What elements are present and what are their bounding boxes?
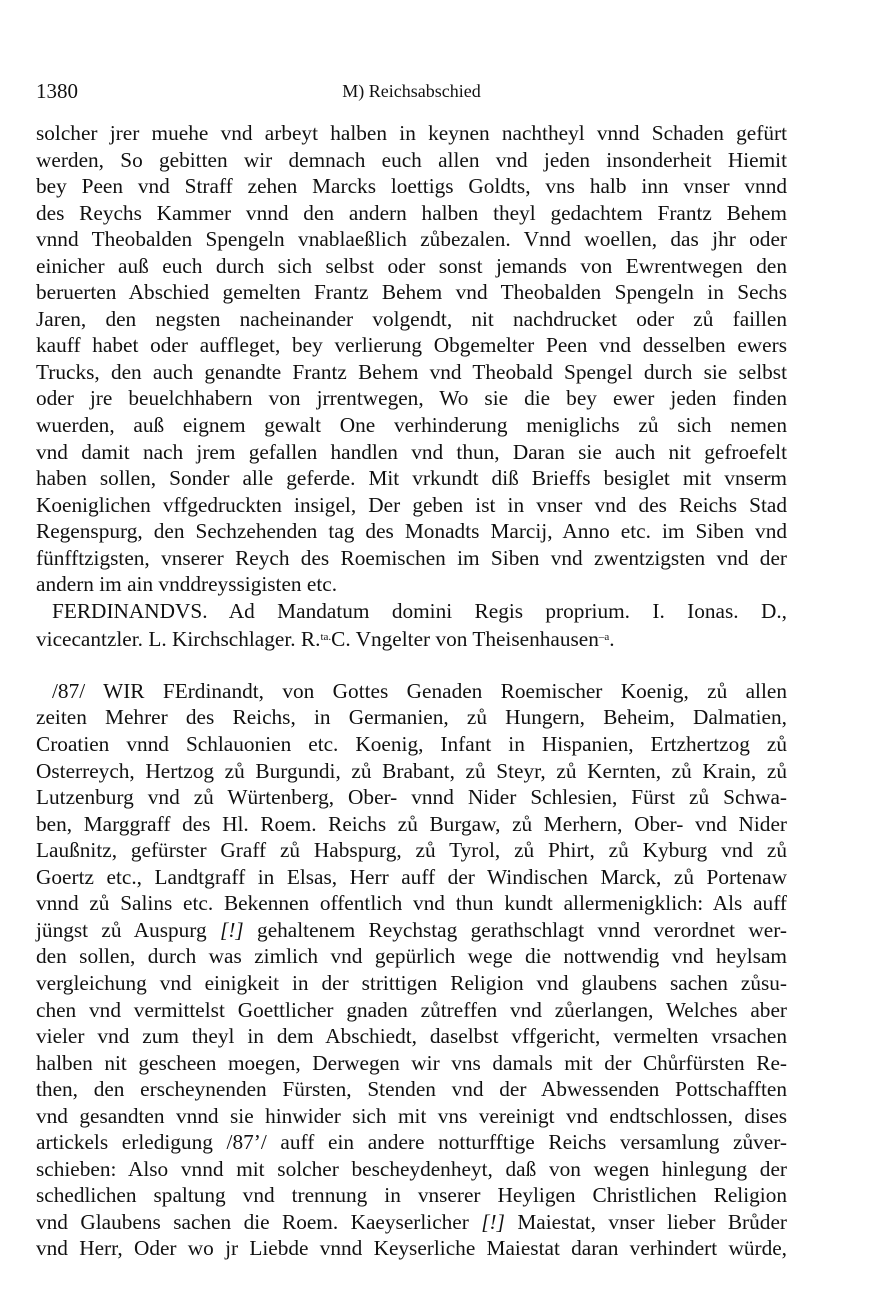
text-line: halben nit gescheen moegen, Derwegen wir… xyxy=(36,1050,787,1077)
text-fragment: C. Vngelter von Theisenhausen xyxy=(331,627,599,651)
text-line: vnd gesandten vnnd sie hinwider sich mit… xyxy=(36,1103,787,1130)
text-line: solcher jrer muehe vnd arbeyt halben in … xyxy=(36,120,787,147)
text-line: vnnd Theobalden Spengeln vnablaeßlich zů… xyxy=(36,226,787,253)
text-fragment: Maiestat, vnser lieber Brůder xyxy=(505,1210,787,1234)
text-line: vnd Herr, Oder wo jr Liebde vnnd Keyserl… xyxy=(36,1235,787,1262)
text-line: artickels erledigung /87’/ auff ein ande… xyxy=(36,1129,787,1156)
text-fragment: jüngst zů Auspurg xyxy=(36,918,220,942)
paragraph-signature: FERDINANDVS. Ad Mandatum domini Regis pr… xyxy=(36,598,787,651)
text-line: vicecantzler. L. Kirchschlager. R.ta.C. … xyxy=(36,624,787,651)
text-line: vnd damit nach jrem gefallen handlen vnd… xyxy=(36,439,787,466)
text-line: jüngst zů Auspurg [!] gehaltenem Reychst… xyxy=(36,917,787,944)
paragraph-ferdinand-decree: /87/ WIR FErdinandt, von Gottes Genaden … xyxy=(36,678,787,1262)
text-line: vergleichung vnd einigkeit in der stritt… xyxy=(36,970,787,997)
section-title: M) Reichsabschied xyxy=(36,81,787,102)
body-text: solcher jrer muehe vnd arbeyt halben in … xyxy=(36,120,787,1262)
text-line: den sollen, durch was zimlich vnd gepürl… xyxy=(36,943,787,970)
text-fragment: vicecantzler. L. Kirchschlager. R. xyxy=(36,627,320,651)
editorial-mark: [!] xyxy=(481,1210,505,1234)
text-line: ben, Marggraff des Hl. Roem. Reichs zů B… xyxy=(36,811,787,838)
paragraph-spacer xyxy=(36,651,787,678)
text-fragment: . xyxy=(609,627,614,651)
text-line: Trucks, den auch genandte Frantz Behem v… xyxy=(36,359,787,386)
text-line: Lutzenburg vnd zů Würtenberg, Ober- vnnd… xyxy=(36,784,787,811)
text-line: vnd Glaubens sachen die Roem. Kaeyserlic… xyxy=(36,1209,787,1236)
text-line: einicher auß euch durch sich selbst oder… xyxy=(36,253,787,280)
text-line: zeiten Mehrer des Reichs, in Germanien, … xyxy=(36,704,787,731)
text-line: andern im ain vnddreyssigisten etc. xyxy=(36,571,787,598)
text-line: schieben: Also vnnd mit solcher bescheyd… xyxy=(36,1156,787,1183)
text-line: haben sollen, Sonder alle geferde. Mit v… xyxy=(36,465,787,492)
text-line: Koeniglichen vffgedruckten insigel, Der … xyxy=(36,492,787,519)
text-line: Jaren, den negsten nacheinander volgendt… xyxy=(36,306,787,333)
paragraph-mandate-text: solcher jrer muehe vnd arbeyt halben in … xyxy=(36,120,787,598)
text-fragment: gehaltenem Reychstag gerathschlagt vnnd … xyxy=(244,918,787,942)
text-line: vieler vnd zum theyl in dem Abschiedt, d… xyxy=(36,1023,787,1050)
text-line: then, den erscheynenden Fürsten, Stenden… xyxy=(36,1076,787,1103)
text-line: chen vnd vermittelst Goettlicher gnaden … xyxy=(36,997,787,1024)
text-line: fünfftzigsten, vnserer Reych des Roemisc… xyxy=(36,545,787,572)
text-line: Goertz etc., Landtgraff in Elsas, Herr a… xyxy=(36,864,787,891)
text-line: kauff habet oder auffleget, bey verlieru… xyxy=(36,332,787,359)
text-line: Croatien vnnd Schlauonien etc. Koenig, I… xyxy=(36,731,787,758)
superscript-mark: ta. xyxy=(320,631,331,643)
text-line: des Reychs Kammer vnnd den andern halben… xyxy=(36,200,787,227)
text-line: wuerden, auß eignem gewalt One verhinder… xyxy=(36,412,787,439)
text-line: Laußnitz, gefürster Graff zů Habspurg, z… xyxy=(36,837,787,864)
text-line: Regenspurg, den Sechzehenden tag des Mon… xyxy=(36,518,787,545)
text-line: /87/ WIR FErdinandt, von Gottes Genaden … xyxy=(36,678,787,705)
editorial-mark: [!] xyxy=(220,918,244,942)
text-line: Osterreych, Hertzog zů Burgundi, zů Brab… xyxy=(36,758,787,785)
text-line: oder jre beuelchhabern von jrrentwegen, … xyxy=(36,385,787,412)
text-fragment: vnd Glaubens sachen die Roem. Kaeyserlic… xyxy=(36,1210,481,1234)
text-line: vnnd zů Salins etc. Bekennen offentlich … xyxy=(36,890,787,917)
running-head: 1380 M) Reichsabschied xyxy=(36,79,787,107)
text-line: beruerten Abschied gemelten Frantz Behem… xyxy=(36,279,787,306)
text-line: FERDINANDVS. Ad Mandatum domini Regis pr… xyxy=(36,598,787,625)
text-line: schedlichen spaltung vnd trennung in vns… xyxy=(36,1182,787,1209)
footnote-marker: –a xyxy=(599,631,609,643)
text-line: bey Peen vnd Straff zehen Marcks loettig… xyxy=(36,173,787,200)
text-line: werden, So gebitten wir demnach euch all… xyxy=(36,147,787,174)
